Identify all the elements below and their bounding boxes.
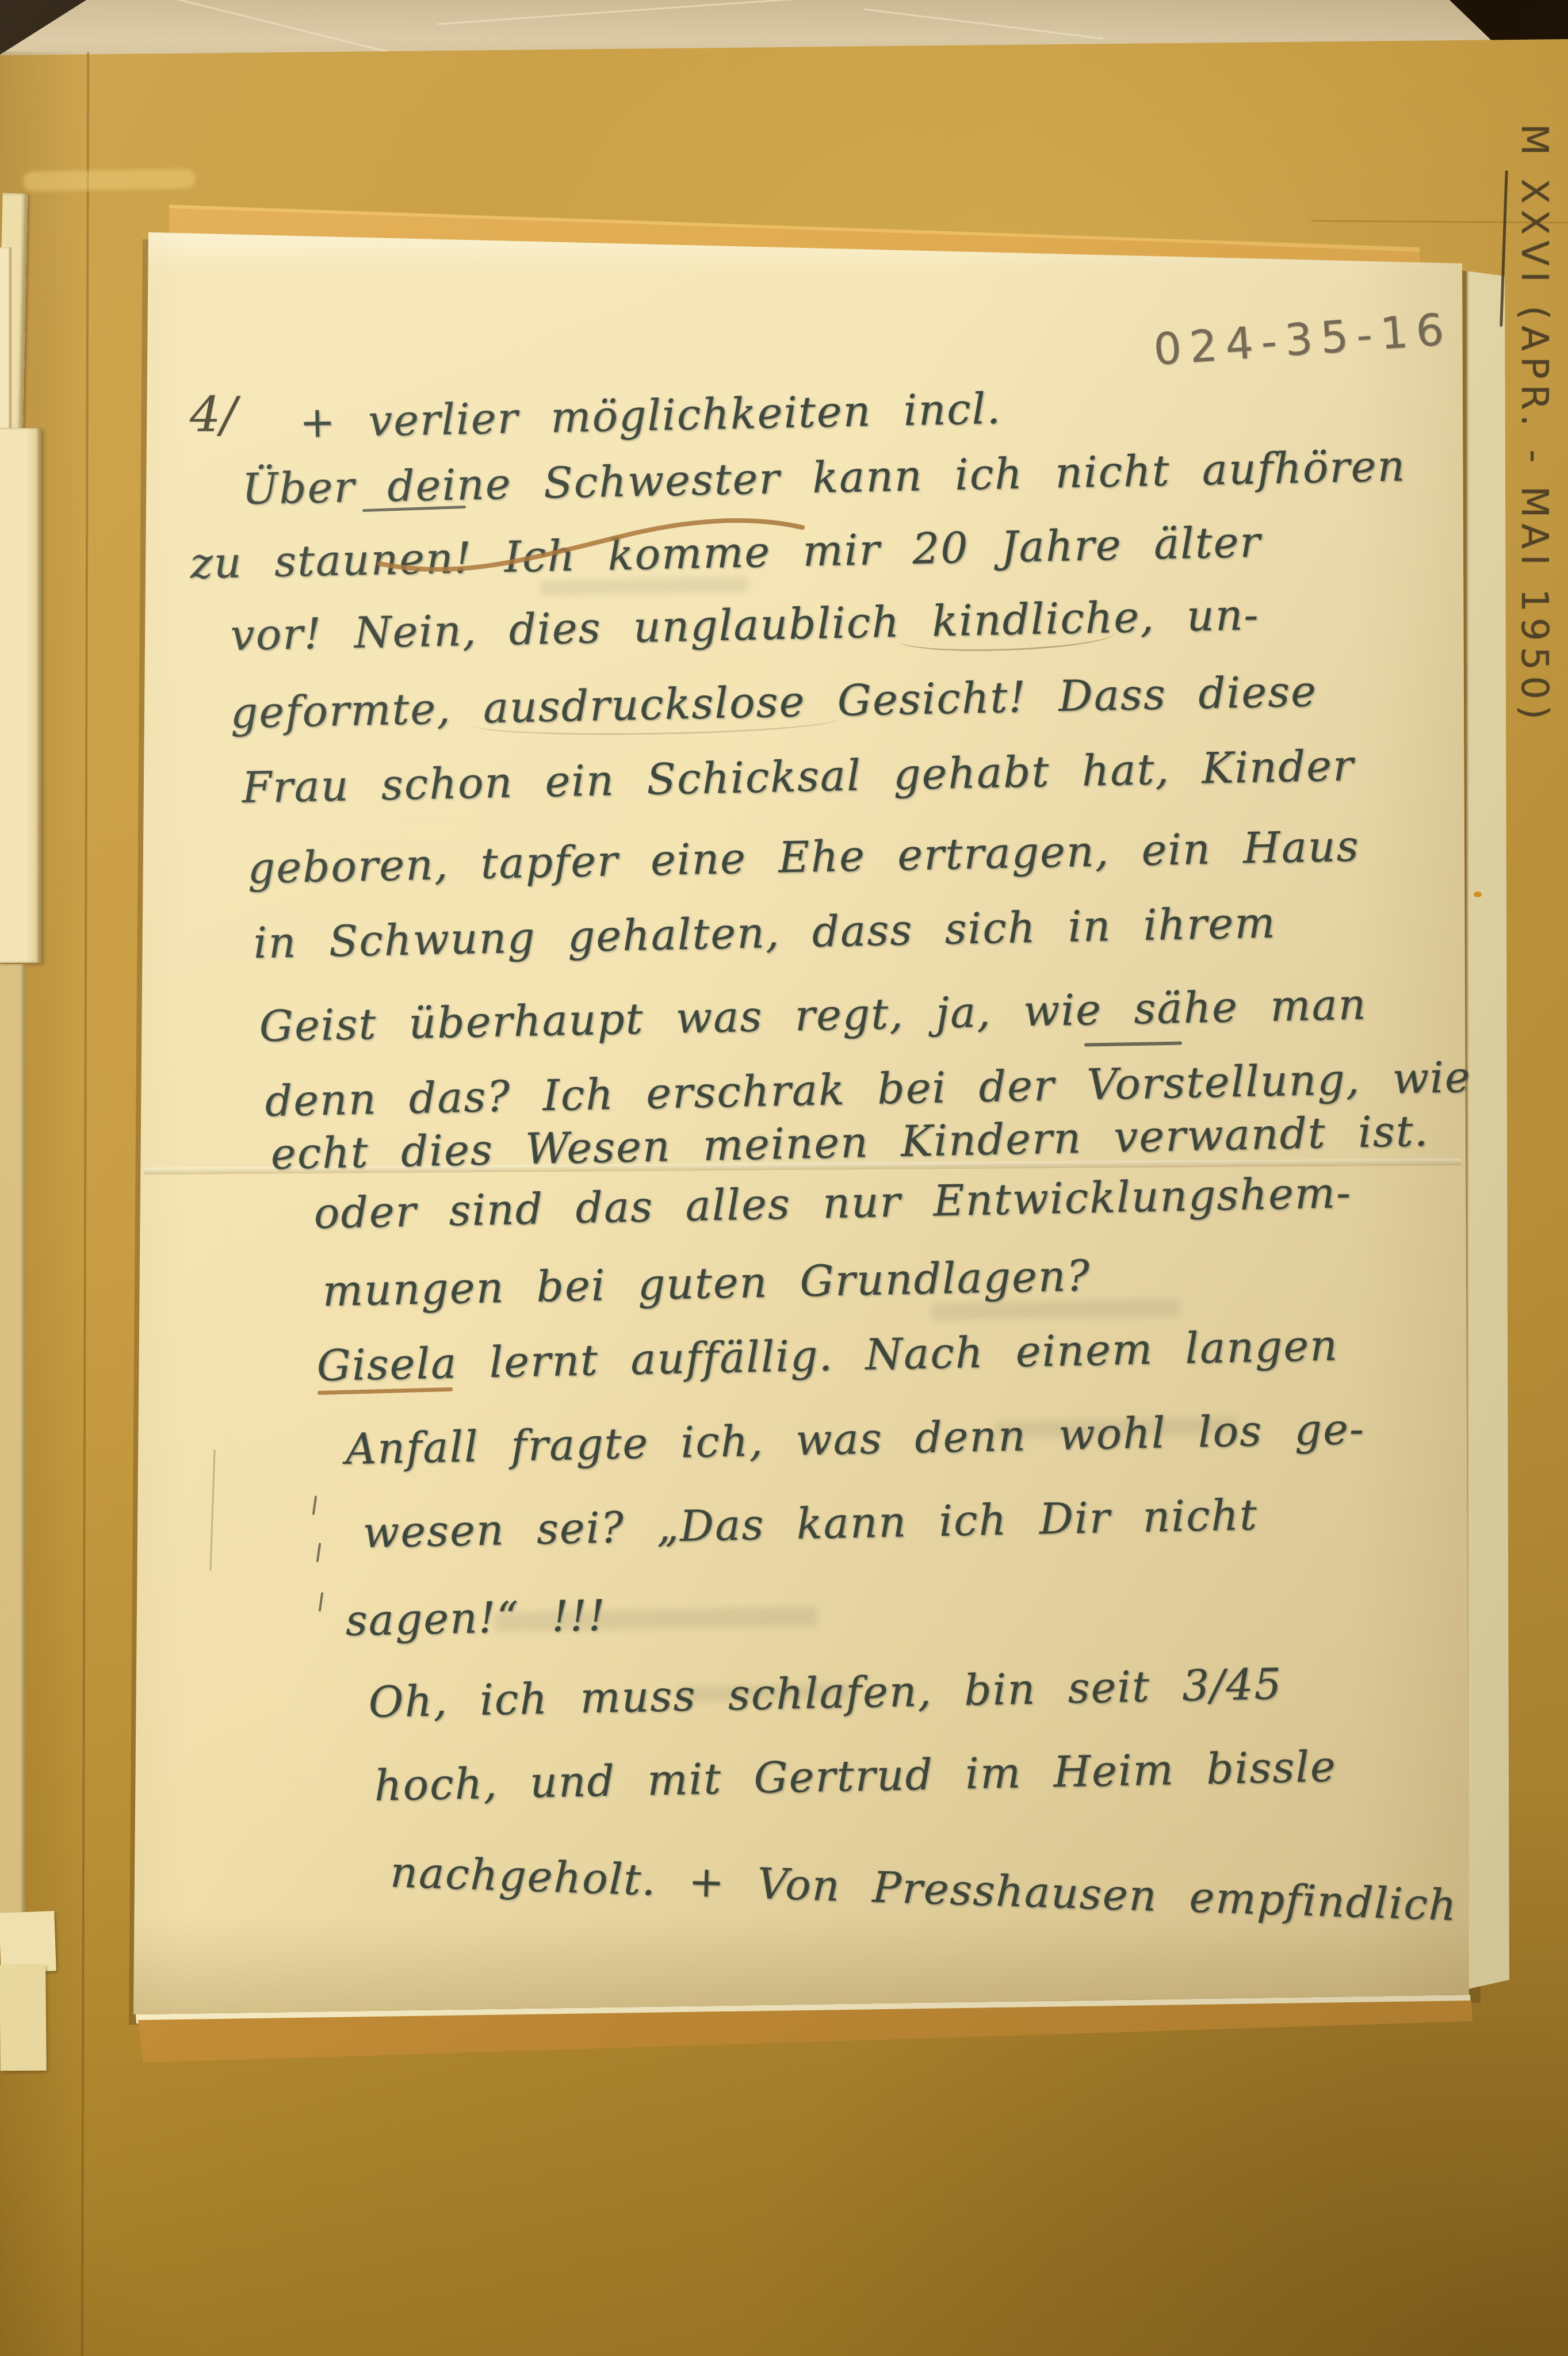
folder-fold-highlight [23,169,196,191]
folder-label: M XXVI (APR. - MAI 1950) [1513,124,1555,725]
page-number: 4/ [190,387,237,443]
paper-stack-sheet [0,964,25,1917]
paper-stack-sheet [0,428,41,963]
underline-schwester-wavy [368,492,817,584]
letter-line: sagen!“ !!! [345,1591,607,1646]
folder-label-volume: M XXVI [1513,124,1555,288]
folder-label-dates: (APR. - MAI 1950) [1513,305,1555,725]
ink-speck [1474,892,1482,897]
paper-stack-sheet [0,1911,56,1972]
archival-photo: 024-35-16 4/ + verlier möglichkeiten inc… [0,0,1568,2356]
paper-stack-sheet [0,1965,47,2071]
